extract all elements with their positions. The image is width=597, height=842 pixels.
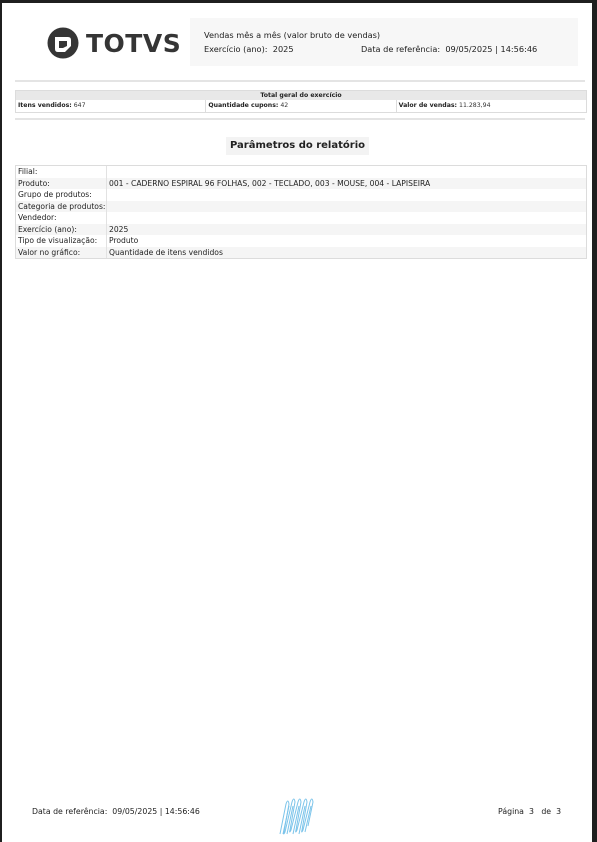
parameters-table: Filial:Produto:001 - CADERNO ESPIRAL 96 … xyxy=(15,165,587,259)
brand-name: TOTVS xyxy=(86,29,181,58)
exercise-label: Exercício (ano): xyxy=(204,44,268,54)
parameter-label: Tipo de visualização: xyxy=(16,235,107,247)
page-of: de xyxy=(541,807,551,816)
parameter-row: Valor no gráfico:Quantidade de itens ven… xyxy=(16,247,586,259)
ref-date-label: Data de referência: xyxy=(361,44,440,54)
report-title: Vendas mês a mês (valor bruto de vendas) xyxy=(204,30,380,40)
parameter-label: Filial: xyxy=(16,166,107,178)
divider xyxy=(15,80,585,82)
parameter-value xyxy=(107,201,586,213)
total-value: 11.283,94 xyxy=(459,102,491,109)
total-label: Itens vendidos: xyxy=(18,102,72,109)
parameter-value: Produto xyxy=(107,235,586,247)
parameter-row: Filial: xyxy=(16,166,586,178)
ref-date-value: 09/05/2025 | 14:56:46 xyxy=(445,44,537,54)
report-page: TOTVS Vendas mês a mês (valor bruto de v… xyxy=(2,3,592,842)
parameter-value xyxy=(107,189,586,201)
footer-ref-date-value: 09/05/2025 | 14:56:46 xyxy=(112,807,200,816)
parameter-label: Categoria de produtos: xyxy=(16,201,107,213)
divider xyxy=(15,118,585,120)
total-label: Quantidade cupons: xyxy=(208,102,278,109)
parameter-label: Vendedor: xyxy=(16,212,107,224)
total-sales-value: Valor de vendas: 11.283,94 xyxy=(397,100,586,112)
exercise-value: 2025 xyxy=(273,44,294,54)
page-current: 3 xyxy=(529,807,534,816)
totvs-logo-icon xyxy=(46,26,80,60)
parameter-row: Grupo de produtos: xyxy=(16,189,586,201)
parameter-row: Exercício (ano):2025 xyxy=(16,224,586,236)
parameter-label: Grupo de produtos: xyxy=(16,189,107,201)
total-label: Valor de vendas: xyxy=(399,102,457,109)
parameter-row: Categoria de produtos: xyxy=(16,201,586,213)
total-value: 647 xyxy=(74,102,86,109)
parameter-value xyxy=(107,212,586,224)
totvs-wave-watermark-icon xyxy=(276,796,320,840)
total-value: 42 xyxy=(280,102,288,109)
parameter-label: Valor no gráfico: xyxy=(16,247,107,259)
parameter-value: 2025 xyxy=(107,224,586,236)
footer-ref-date: Data de referência: 09/05/2025 | 14:56:4… xyxy=(32,807,200,816)
exercise-info: Exercício (ano): 2025 xyxy=(204,44,294,54)
total-items-sold: Itens vendidos: 647 xyxy=(16,100,206,112)
totals-title: Total geral do exercício xyxy=(16,91,586,100)
parameter-row: Produto:001 - CADERNO ESPIRAL 96 FOLHAS,… xyxy=(16,178,586,190)
parameter-value: 001 - CADERNO ESPIRAL 96 FOLHAS, 002 - T… xyxy=(107,178,586,190)
page-number: Página 3 de 3 xyxy=(498,807,561,816)
report-header: Vendas mês a mês (valor bruto de vendas)… xyxy=(190,18,578,66)
page-total: 3 xyxy=(556,807,561,816)
brand-logo: TOTVS xyxy=(46,25,181,61)
parameters-title: Parâmetros do relatório xyxy=(226,137,369,155)
parameter-row: Vendedor: xyxy=(16,212,586,224)
ref-date-info: Data de referência: 09/05/2025 | 14:56:4… xyxy=(361,44,537,54)
parameter-value: Quantidade de itens vendidos xyxy=(107,247,586,259)
totals-table: Total geral do exercício Itens vendidos:… xyxy=(15,90,587,113)
parameter-value xyxy=(107,166,586,178)
page-label: Página xyxy=(498,807,524,816)
total-coupons: Quantidade cupons: 42 xyxy=(206,100,396,112)
totals-row: Itens vendidos: 647 Quantidade cupons: 4… xyxy=(16,100,586,112)
footer-ref-date-label: Data de referência: xyxy=(32,807,107,816)
parameter-row: Tipo de visualização:Produto xyxy=(16,235,586,247)
parameter-label: Exercício (ano): xyxy=(16,224,107,236)
parameter-label: Produto: xyxy=(16,178,107,190)
